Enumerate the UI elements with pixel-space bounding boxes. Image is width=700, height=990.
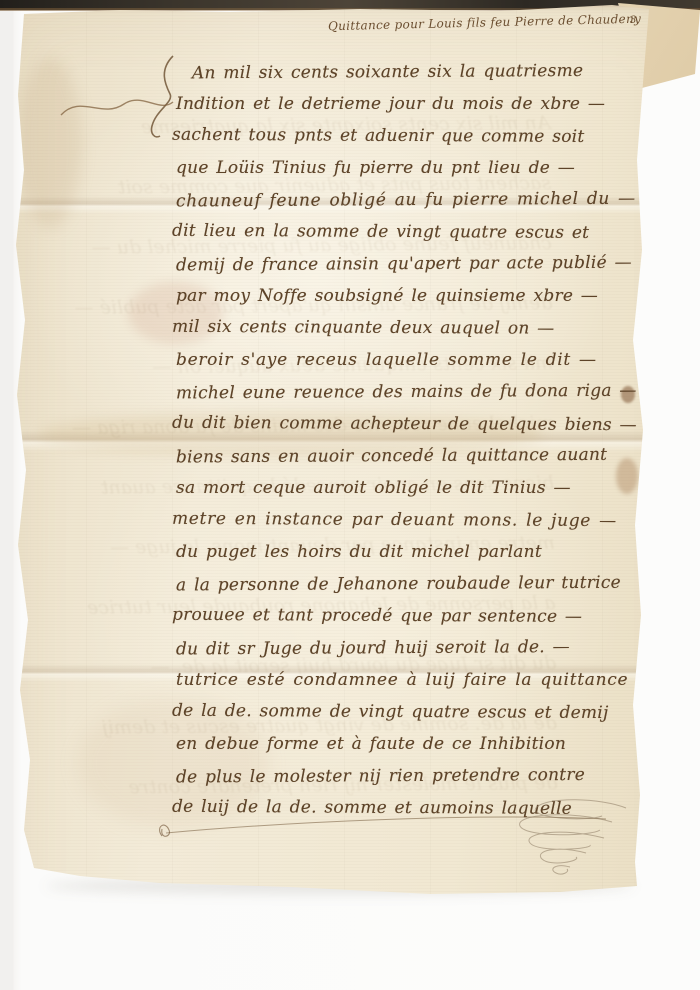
manuscript-line: de plus le molester nij rien pretendre c… [176, 759, 646, 794]
manuscript-line: demij de france ainsin qu'apert par acte… [176, 247, 646, 282]
manuscript-line: a la personne de Jehanone roubaude leur … [176, 567, 646, 602]
page-number-mark: 3 [630, 16, 636, 26]
spiral-signature-paraph-icon [452, 796, 632, 882]
manuscript-line: mil six cents cinquante deux auquel on — [172, 311, 642, 345]
manuscript-line: en debue forme et à faute de ce Inhibiti… [176, 728, 646, 760]
manuscript-line: Indition et le detrieme jour du mois de … [176, 88, 646, 120]
manuscript-line: dit lieu en la somme de vingt quatre esc… [172, 215, 642, 249]
manuscript-line: du dit sr Juge du jourd huij seroit la d… [176, 631, 646, 666]
manuscript-line: sachent tous pnts et aduenir que comme s… [172, 119, 642, 153]
margin-swash-flourish-icon [58, 90, 178, 126]
manuscript-line: de la de. somme de vingt quatre escus et… [172, 695, 642, 729]
manuscript-line: chauneuf feune obligé au fu pierre miche… [176, 183, 646, 218]
manuscript-line: michel eune reuence des mains de fu dona… [176, 375, 646, 410]
manuscript-line: An mil six cents soixante six la quatrie… [176, 55, 646, 90]
manuscript-page: An mil six cents soixante six la quatrie… [0, 0, 700, 990]
manuscript-line: prouuee et tant procedé que par sentence… [172, 599, 642, 633]
manuscript-line: du dit bien comme achepteur de quelques … [172, 407, 642, 441]
manuscript-line: du puget les hoirs du dit michel parlant [176, 536, 646, 568]
manuscript-line: biens sans en auoir concedé la quittance… [176, 439, 646, 474]
manuscript-line: par moy Noffe soubsigné le quinsieme xbr… [176, 280, 646, 312]
manuscript-line: metre en instance par deuant mons. le ju… [172, 503, 642, 537]
scanned-document: An mil six cents soixante six la quatrie… [0, 0, 700, 990]
manuscript-line: tutrice esté condamnee à luij faire la q… [176, 664, 646, 696]
manuscript-line: beroir s'aye receus laquelle somme le di… [176, 344, 646, 376]
manuscript-body-text: An mil six cents soixante six la quatrie… [176, 56, 646, 824]
manuscript-line: que Loüis Tinius fu pierre du pnt lieu d… [176, 152, 646, 184]
manuscript-line: sa mort ceque auroit obligé le dit Tiniu… [176, 472, 646, 504]
